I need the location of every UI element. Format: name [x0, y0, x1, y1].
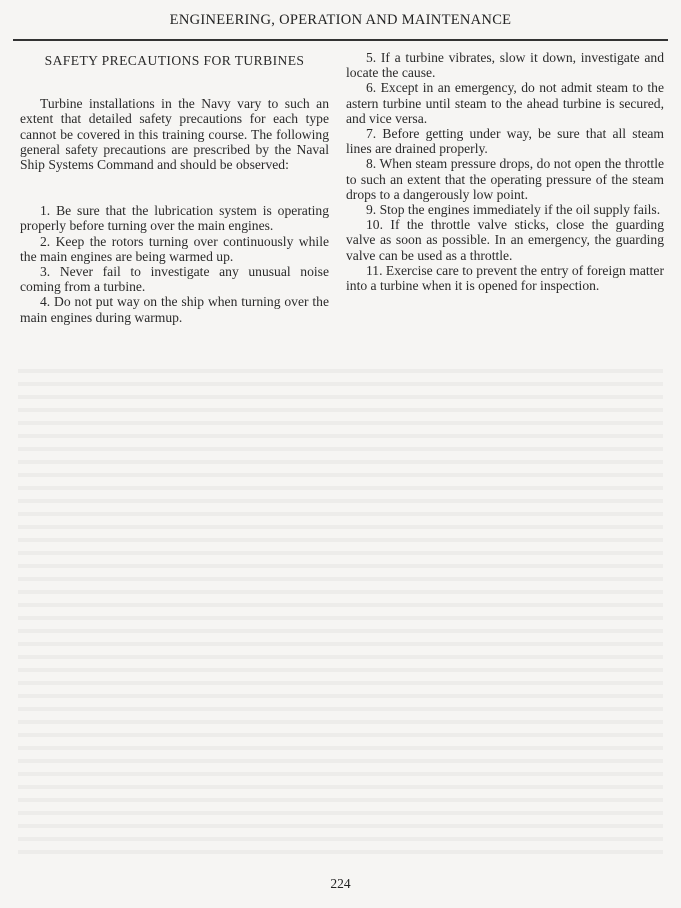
right-column: 5. If a turbine vibrates, slow it down, … [346, 50, 664, 293]
page-number: 224 [0, 876, 681, 892]
precaution-item: 3. Never fail to investigate any unusual… [20, 264, 329, 294]
show-through-texture [18, 360, 663, 858]
precaution-item: 10. If the throttle valve sticks, close … [346, 217, 664, 263]
left-column: SAFETY PRECAUTIONS FOR TURBINES Turbine … [20, 50, 329, 325]
precaution-item: 7. Before getting under way, be sure tha… [346, 126, 664, 156]
running-header: ENGINEERING, OPERATION AND MAINTENANCE [0, 12, 681, 29]
section-title: SAFETY PRECAUTIONS FOR TURBINES [20, 53, 329, 68]
precaution-item: 6. Except in an emergency, do not admit … [346, 80, 664, 126]
precaution-item: 9. Stop the engines immediately if the o… [346, 202, 664, 217]
precaution-item: 4. Do not put way on the ship when turni… [20, 294, 329, 324]
precaution-item: 8. When steam pressure drops, do not ope… [346, 156, 664, 202]
precaution-item: 5. If a turbine vibrates, slow it down, … [346, 50, 664, 80]
header-rule [13, 39, 668, 41]
precaution-item: 1. Be sure that the lubrication system i… [20, 203, 329, 233]
precaution-item: 2. Keep the rotors turning over continuo… [20, 234, 329, 264]
precaution-item: 11. Exercise care to prevent the entry o… [346, 263, 664, 293]
intro-paragraph: Turbine installations in the Navy vary t… [20, 96, 329, 172]
